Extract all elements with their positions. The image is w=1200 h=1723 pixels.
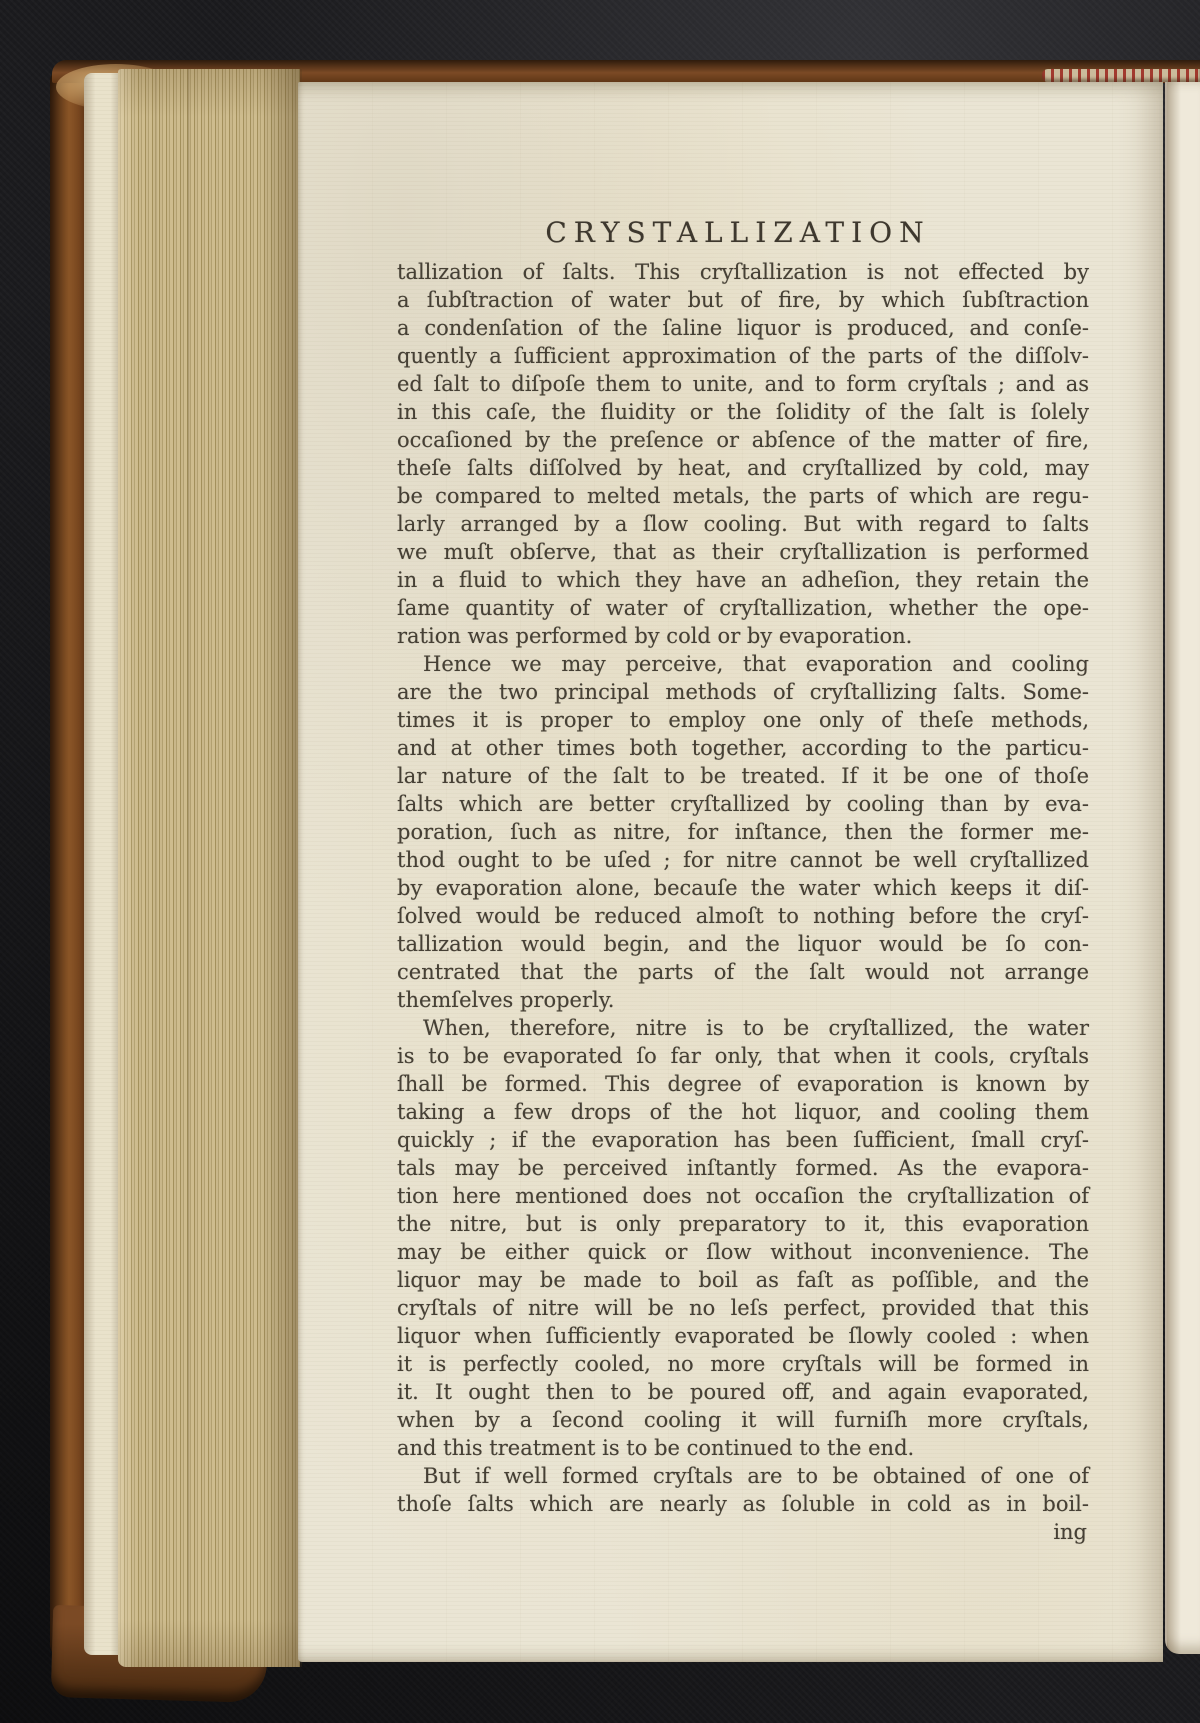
photo-background: CRYSTALLIZATION tallization of ſalts. Th… <box>0 0 1200 1723</box>
text-line: taking a few drops of the hot liquor, an… <box>397 1098 1089 1126</box>
text-line: ed ſalt to diſpoſe them to unite, and to… <box>397 370 1089 398</box>
text-line: poration, ſuch as nitre, for inſtance, t… <box>397 818 1089 846</box>
text-line: we muſt obſerve, that as their cryſtalli… <box>397 538 1089 566</box>
text-line: tallization of ſalts. This cryſtallizati… <box>397 258 1089 286</box>
text-line: ſalts which are better cryſtallized by c… <box>397 790 1089 818</box>
text-line: it is perfectly cooled, no more cryſtals… <box>397 1350 1089 1378</box>
page-text: CRYSTALLIZATION tallization of ſalts. Th… <box>397 216 1089 1546</box>
text-line: are the two principal methods of cryſtal… <box>397 678 1089 706</box>
text-line: cryſtals of nitre will be no leſs perfec… <box>397 1294 1089 1322</box>
paragraph: But if well formed cryſtals are to be ob… <box>397 1462 1089 1518</box>
catchword: ing <box>397 1518 1089 1546</box>
text-line: when by a ſecond cooling it will furniſh… <box>397 1406 1089 1434</box>
text-line: times it is proper to employ one only of… <box>397 706 1089 734</box>
text-line: may be either quick or ſlow without inco… <box>397 1238 1089 1266</box>
text-line: the nitre, but is only preparatory to it… <box>397 1210 1089 1238</box>
text-line: ſame quantity of water of cryſtallizatio… <box>397 594 1089 622</box>
text-line: and at other times both together, accord… <box>397 734 1089 762</box>
paragraphs-container: tallization of ſalts. This cryſtallizati… <box>397 258 1089 1518</box>
text-line: thoſe ſalts which are nearly as ſoluble … <box>397 1490 1089 1518</box>
text-line: and this treatment is to be continued to… <box>397 1434 1089 1462</box>
text-line: ſolved would be reduced almoſt to nothin… <box>397 902 1089 930</box>
text-line: tion here mentioned does not occaſion th… <box>397 1182 1089 1210</box>
text-line: tals may be perceived inſtantly formed. … <box>397 1154 1089 1182</box>
text-line: by evaporation alone, becauſe the water … <box>397 874 1089 902</box>
flyleaf-edge <box>84 73 122 1655</box>
text-line: occaſioned by the preſence or abſence of… <box>397 426 1089 454</box>
headband <box>1042 69 1200 82</box>
book-page: CRYSTALLIZATION tallization of ſalts. Th… <box>298 82 1163 1662</box>
paragraph: tallization of ſalts. This cryſtallizati… <box>397 258 1089 650</box>
text-line: Hence we may perceive, that evaporation … <box>397 650 1089 678</box>
paragraph: Hence we may perceive, that evaporation … <box>397 650 1089 1014</box>
text-line: larly arranged by a ſlow cooling. But wi… <box>397 510 1089 538</box>
text-line: lar nature of the ſalt to be treated. If… <box>397 762 1089 790</box>
text-line: centrated that the parts of the ſalt wou… <box>397 958 1089 986</box>
text-line: quickly ; if the evaporation has been ſu… <box>397 1126 1089 1154</box>
text-line: theſe ſalts diſſolved by heat, and cryſt… <box>397 454 1089 482</box>
facing-page-edge <box>1165 76 1200 1654</box>
text-line: in a fluid to which they have an adheſio… <box>397 566 1089 594</box>
text-line: themſelves properly. <box>397 986 1089 1014</box>
text-line: a ſubſtraction of water but of fire, by … <box>397 286 1089 314</box>
text-line: liquor when ſufficiently evaporated be ſ… <box>397 1322 1089 1350</box>
text-line: it. It ought then to be poured off, and … <box>397 1378 1089 1406</box>
book: CRYSTALLIZATION tallization of ſalts. Th… <box>50 60 1200 1668</box>
text-line: a condenſation of the ſaline liquor is p… <box>397 314 1089 342</box>
page-edges <box>118 69 300 1667</box>
text-line: is to be evaporated ſo far only, that wh… <box>397 1042 1089 1070</box>
text-line: be compared to melted metals, the parts … <box>397 482 1089 510</box>
paragraph: When, therefore, nitre is to be cryſtall… <box>397 1014 1089 1462</box>
page-heading: CRYSTALLIZATION <box>387 216 1089 249</box>
text-line: liquor may be made to boil as faſt as po… <box>397 1266 1089 1294</box>
text-line: quently a ſufficient approximation of th… <box>397 342 1089 370</box>
text-line: ſhall be formed. This degree of evaporat… <box>397 1070 1089 1098</box>
text-line: When, therefore, nitre is to be cryſtall… <box>397 1014 1089 1042</box>
text-line: in this caſe, the fluidity or the ſolidi… <box>397 398 1089 426</box>
text-line: tallization would begin, and the liquor … <box>397 930 1089 958</box>
text-line: But if well formed cryſtals are to be ob… <box>397 1462 1089 1490</box>
text-line: ration was performed by cold or by evapo… <box>397 622 1089 650</box>
text-line: thod ought to be uſed ; for nitre cannot… <box>397 846 1089 874</box>
